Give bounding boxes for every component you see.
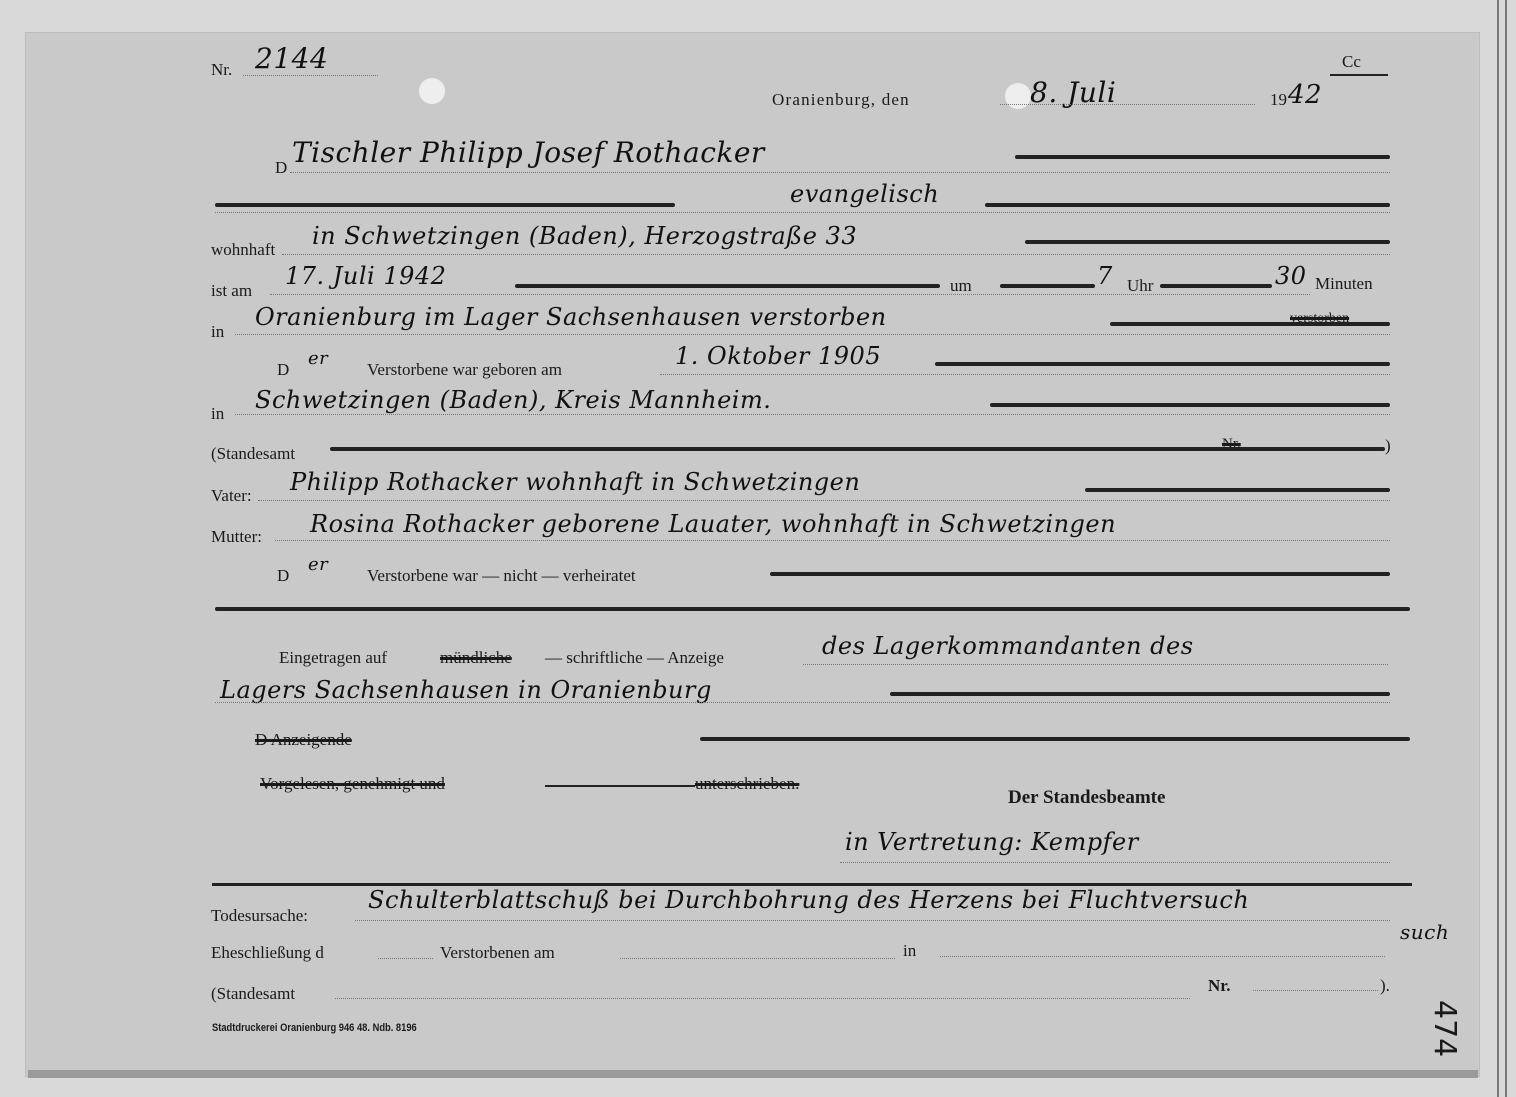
cause-label: Todesursache:	[211, 906, 308, 926]
card-edge-shadow	[28, 1070, 1478, 1078]
fill-bar	[215, 203, 675, 207]
registration-label-start: Eingetragen auf	[279, 648, 387, 668]
fill-bar	[1015, 155, 1390, 159]
father-value: Philipp Rothacker wohnhaft in Schwetzing…	[290, 468, 860, 496]
marital-prefix-label: D	[277, 566, 289, 586]
fill-bar	[545, 785, 695, 787]
year-suffix: 42	[1288, 80, 1322, 110]
birth-place-label: in	[211, 404, 224, 424]
fill-bar	[700, 737, 1410, 741]
fill-bar	[215, 607, 1410, 611]
marriage-in-label: in	[903, 941, 916, 961]
death-place-dotted-line	[235, 334, 1390, 335]
marriage-date-dotted-line	[620, 958, 895, 959]
death-dotted-line	[270, 294, 1310, 295]
binder-rail	[1505, 0, 1507, 1097]
birth-date-value: 1. Oktober 1905	[675, 342, 881, 370]
father-dotted-line	[258, 500, 1390, 501]
death-place-value: Oranienburg im Lager Sachsenhausen verst…	[255, 303, 887, 331]
corner-code: Cc	[1342, 52, 1361, 72]
birth-place-dotted-line	[235, 414, 1390, 415]
name-dotted-line	[290, 172, 1390, 173]
place-label: Oranienburg, den	[772, 90, 910, 110]
mother-value: Rosina Rothacker geborene Lauater, wohnh…	[310, 510, 1116, 538]
marriage-close: ).	[1380, 976, 1390, 996]
marriage-registry-dotted-line	[335, 998, 1190, 999]
registration-value-2: Lagers Sachsenhausen in Oranienburg	[220, 676, 712, 704]
birth-label: Verstorbene war geboren am	[367, 360, 562, 380]
nr-dotted-line	[243, 75, 378, 76]
struck-informant: D Anzeigende	[255, 730, 352, 750]
marriage-nr-dotted-line	[1253, 990, 1378, 991]
marital-prefix-suffix: er	[308, 554, 328, 575]
marriage-registry-label: (Standesamt	[211, 984, 295, 1004]
death-date-value: 17. Juli 1942	[285, 262, 446, 290]
marriage-nr-label: Nr.	[1208, 976, 1231, 996]
residence-dotted-line	[282, 254, 1390, 255]
cause-value: Schulterblattschuß bei Durchbohrung des …	[368, 886, 1249, 914]
corner-code-underline	[1330, 74, 1388, 76]
fill-bar	[890, 692, 1390, 696]
punch-hole	[419, 78, 445, 104]
official-signature: in Vertretung: Kempfer	[845, 828, 1139, 856]
residence-value: in Schwetzingen (Baden), Herzogstraße 33	[312, 222, 857, 250]
hour-value: 7	[1097, 262, 1113, 290]
binder-rail	[1497, 0, 1499, 1097]
struck-muendliche: mündliche	[440, 648, 512, 668]
fill-bar	[770, 572, 1390, 576]
nr-label: Nr.	[211, 60, 232, 80]
person-name: Tischler Philipp Josef Rothacker	[292, 136, 765, 169]
nr-value: 2144	[255, 42, 328, 75]
minute-label: Minuten	[1315, 274, 1373, 294]
birth-date-dotted-line	[660, 374, 1390, 375]
fill-bar	[1025, 240, 1390, 244]
minute-value: 30	[1275, 262, 1307, 290]
registration-label-rest: — schriftliche — Anzeige	[545, 648, 724, 668]
struck-signed: unterschrieben.	[695, 774, 799, 794]
marriage-dotted-line	[378, 958, 433, 959]
year-prefix: 19	[1270, 90, 1287, 110]
hour-label: Uhr	[1127, 276, 1153, 296]
fill-bar	[985, 203, 1390, 207]
death-place-label: in	[211, 322, 224, 342]
fill-bar	[990, 403, 1390, 407]
fill-bar	[1160, 284, 1272, 288]
cause-overflow: such	[1400, 920, 1449, 944]
marriage-place-dotted-line	[940, 956, 1385, 957]
birth-prefix-label: D	[277, 360, 289, 380]
birth-prefix-suffix: er	[308, 348, 328, 369]
printer-line: Stadtdruckerei Oranienburg 946 48. Ndb. …	[212, 1022, 417, 1034]
mother-label: Mutter:	[211, 527, 262, 547]
um-label: um	[950, 276, 972, 296]
registration-value-1: des Lagerkommandanten des	[822, 632, 1194, 660]
marriage-label-mid: Verstorbenen am	[440, 943, 555, 963]
margin-number: 474	[1427, 1000, 1462, 1057]
father-label: Vater:	[211, 486, 252, 506]
registration-dotted-line	[803, 664, 1388, 665]
mother-dotted-line	[275, 540, 1390, 541]
struck-read-approved: Vorgelesen, genehmigt und	[260, 774, 445, 794]
religion-value: evangelisch	[790, 180, 939, 208]
birth-registry-nr-label: Nr.	[1222, 436, 1241, 453]
religion-dotted-line	[215, 212, 1390, 213]
birth-place-value: Schwetzingen (Baden), Kreis Mannheim.	[255, 386, 771, 414]
marital-label: Verstorbene war — nicht — verheiratet	[367, 566, 636, 586]
registration-dotted-line-2	[215, 702, 1390, 703]
official-title: Der Standesbeamte	[1008, 787, 1165, 809]
date-dotted-line	[1000, 104, 1255, 105]
signature-dotted-line	[840, 862, 1390, 863]
cause-dotted-line	[355, 920, 1390, 921]
residence-label: wohnhaft	[211, 240, 275, 260]
fill-bar	[935, 362, 1390, 366]
marriage-label-start: Eheschließung d	[211, 943, 324, 963]
fill-bar	[1000, 284, 1095, 288]
fill-bar	[1085, 488, 1390, 492]
birth-registry-label: (Standesamt	[211, 444, 295, 464]
fill-bar	[515, 284, 940, 288]
death-date-label: ist am	[211, 281, 252, 301]
punch-hole	[1005, 83, 1031, 109]
person-prefix-label: D	[275, 158, 287, 178]
struck-verstorben: verstorben	[1290, 311, 1349, 327]
birth-registry-close: )	[1385, 436, 1391, 456]
